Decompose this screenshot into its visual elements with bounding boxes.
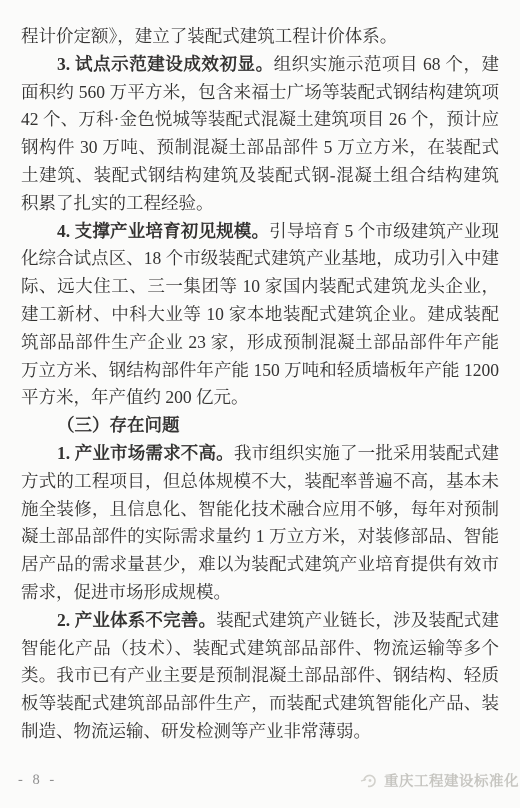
text-line: （三）存在问题 [21, 412, 499, 440]
text-line: 建工新材、中科大业等 10 家本地装配式建筑企业。建成装配式建 [21, 301, 499, 329]
line-text: 万立方米、钢结构部件年产能 150 万吨和轻质墙板年产能 1200 万 [21, 360, 499, 385]
line-text: 类。我市已有产业主要是预制混凝土部品部件、钢结构、轻质墙 [21, 665, 499, 690]
line-text: 面积约 560 万平方米，包含来福士广场等装配式钢结构建筑项目 [21, 82, 499, 107]
line-text: 智能化产品（技术）、装配式建筑部品部件、物流运输等多个门 [21, 638, 499, 663]
text-line: 4. 支撑产业培育初见规模。引导培育 5 个市级建筑产业现代 [21, 218, 499, 246]
text-line: 施全装修，且信息化、智能化技术融合应用不够，每年对预制混 [21, 496, 499, 524]
line-text: 建工新材、中科大业等 10 家本地装配式建筑企业。建成装配式建 [21, 304, 499, 329]
line-text: 居产品的需求量甚少，难以为装配式建筑产业培育提供有效市场 [21, 554, 499, 579]
text-line: 平方米，年产值约 200 亿元。 [21, 384, 499, 412]
text-line: 需求，促进市场形成规模。 [21, 579, 499, 607]
text-line: 3. 试点示范建设成效初显。组织实施示范项目 68 个，建筑 [21, 51, 499, 79]
line-bold-text: 4. 支撑产业培育初见规模。 [57, 221, 269, 241]
text-line: 智能化产品（技术）、装配式建筑部品部件、物流运输等多个门 [21, 635, 499, 663]
watermark-text: 重庆工程建设标准化 [384, 770, 519, 791]
line-text: 际、远大住工、三一集团等 10 家国内装配式建筑龙头企业，培育 [21, 276, 499, 301]
text-line: 际、远大住工、三一集团等 10 家国内装配式建筑龙头企业，培育 [21, 273, 499, 301]
text-line: 土建筑、装配式钢结构建筑及装配式钢-混凝土组合结构建筑方面 [21, 162, 499, 190]
text-line: 凝土部品部件的实际需求量约 1 万立方米，对装修部品、智能家 [21, 523, 499, 551]
line-text: 制造、物流运输、研发检测等产业非常薄弱。 [21, 721, 371, 741]
line-text: 钢构件 30 万吨、预制混凝土部品部件 5 万立方米，在装配式混凝 [21, 137, 499, 162]
text-line: 面积约 560 万平方米，包含来福士广场等装配式钢结构建筑项目 [21, 79, 499, 107]
watermark: 重庆工程建设标准化 [360, 770, 519, 791]
text-line: 42 个、万科·金色悦城等装配式混凝土建筑项目 26 个，预计应用 [21, 106, 499, 134]
line-text: 板等装配式建筑部品部件生产，而装配式建筑智能化产品、装备 [21, 693, 499, 718]
text-line: 万立方米、钢结构部件年产能 150 万吨和轻质墙板年产能 1200 万 [21, 357, 499, 385]
watermark-logo-icon [360, 772, 381, 789]
line-text: 需求，促进市场形成规模。 [21, 582, 231, 602]
text-line: 化综合试点区、18 个市级装配式建筑产业基地，成功引入中建国 [21, 245, 499, 273]
document-page: 程计价定额》，建立了装配式建筑工程计价体系。3. 试点示范建设成效初显。组织实施… [0, 0, 520, 808]
line-text: 42 个、万科·金色悦城等装配式混凝土建筑项目 26 个，预计应用 [21, 109, 499, 134]
text-line: 程计价定额》，建立了装配式建筑工程计价体系。 [21, 23, 499, 51]
line-bold-text: （三）存在问题 [57, 415, 180, 435]
text-line: 板等装配式建筑部品部件生产，而装配式建筑智能化产品、装备 [21, 690, 499, 718]
text-line: 积累了扎实的工程经验。 [21, 190, 499, 218]
line-bold-text: 3. 试点示范建设成效初显。 [57, 54, 274, 74]
text-line: 制造、物流运输、研发检测等产业非常薄弱。 [21, 718, 499, 746]
line-text: 土建筑、装配式钢结构建筑及装配式钢-混凝土组合结构建筑方面 [21, 165, 499, 190]
line-text: 施全装修，且信息化、智能化技术融合应用不够，每年对预制混 [21, 499, 499, 524]
line-text: 凝土部品部件的实际需求量约 1 万立方米，对装修部品、智能家 [21, 526, 499, 551]
text-line: 1. 产业市场需求不高。我市组织实施了一批采用装配式建造 [21, 440, 499, 468]
text-line: 2. 产业体系不完善。装配式建筑产业链长，涉及装配式建筑 [21, 607, 499, 635]
page-number: - 8 - [18, 770, 57, 790]
line-text: 平方米，年产值约 200 亿元。 [21, 387, 249, 407]
line-text: 方式的工程项目，但总体规模不大，装配率普遍不高，基本未实 [21, 471, 499, 496]
line-text: 筑部品部件生产企业 23 家，形成预制混凝土部品部件年产能 80 [21, 332, 499, 357]
line-text: 程计价定额》，建立了装配式建筑工程计价体系。 [21, 26, 397, 46]
text-line: 方式的工程项目，但总体规模不大，装配率普遍不高，基本未实 [21, 468, 499, 496]
line-text: 化综合试点区、18 个市级装配式建筑产业基地，成功引入中建国 [21, 248, 499, 273]
text-line: 钢构件 30 万吨、预制混凝土部品部件 5 万立方米，在装配式混凝 [21, 134, 499, 162]
text-line: 筑部品部件生产企业 23 家，形成预制混凝土部品部件年产能 80 [21, 329, 499, 357]
line-text: 积累了扎实的工程经验。 [21, 193, 214, 213]
line-bold-text: 1. 产业市场需求不高。 [57, 443, 234, 463]
document-body: 程计价定额》，建立了装配式建筑工程计价体系。3. 试点示范建设成效初显。组织实施… [21, 23, 499, 746]
line-bold-text: 2. 产业体系不完善。 [57, 610, 216, 630]
text-line: 类。我市已有产业主要是预制混凝土部品部件、钢结构、轻质墙 [21, 662, 499, 690]
text-line: 居产品的需求量甚少，难以为装配式建筑产业培育提供有效市场 [21, 551, 499, 579]
